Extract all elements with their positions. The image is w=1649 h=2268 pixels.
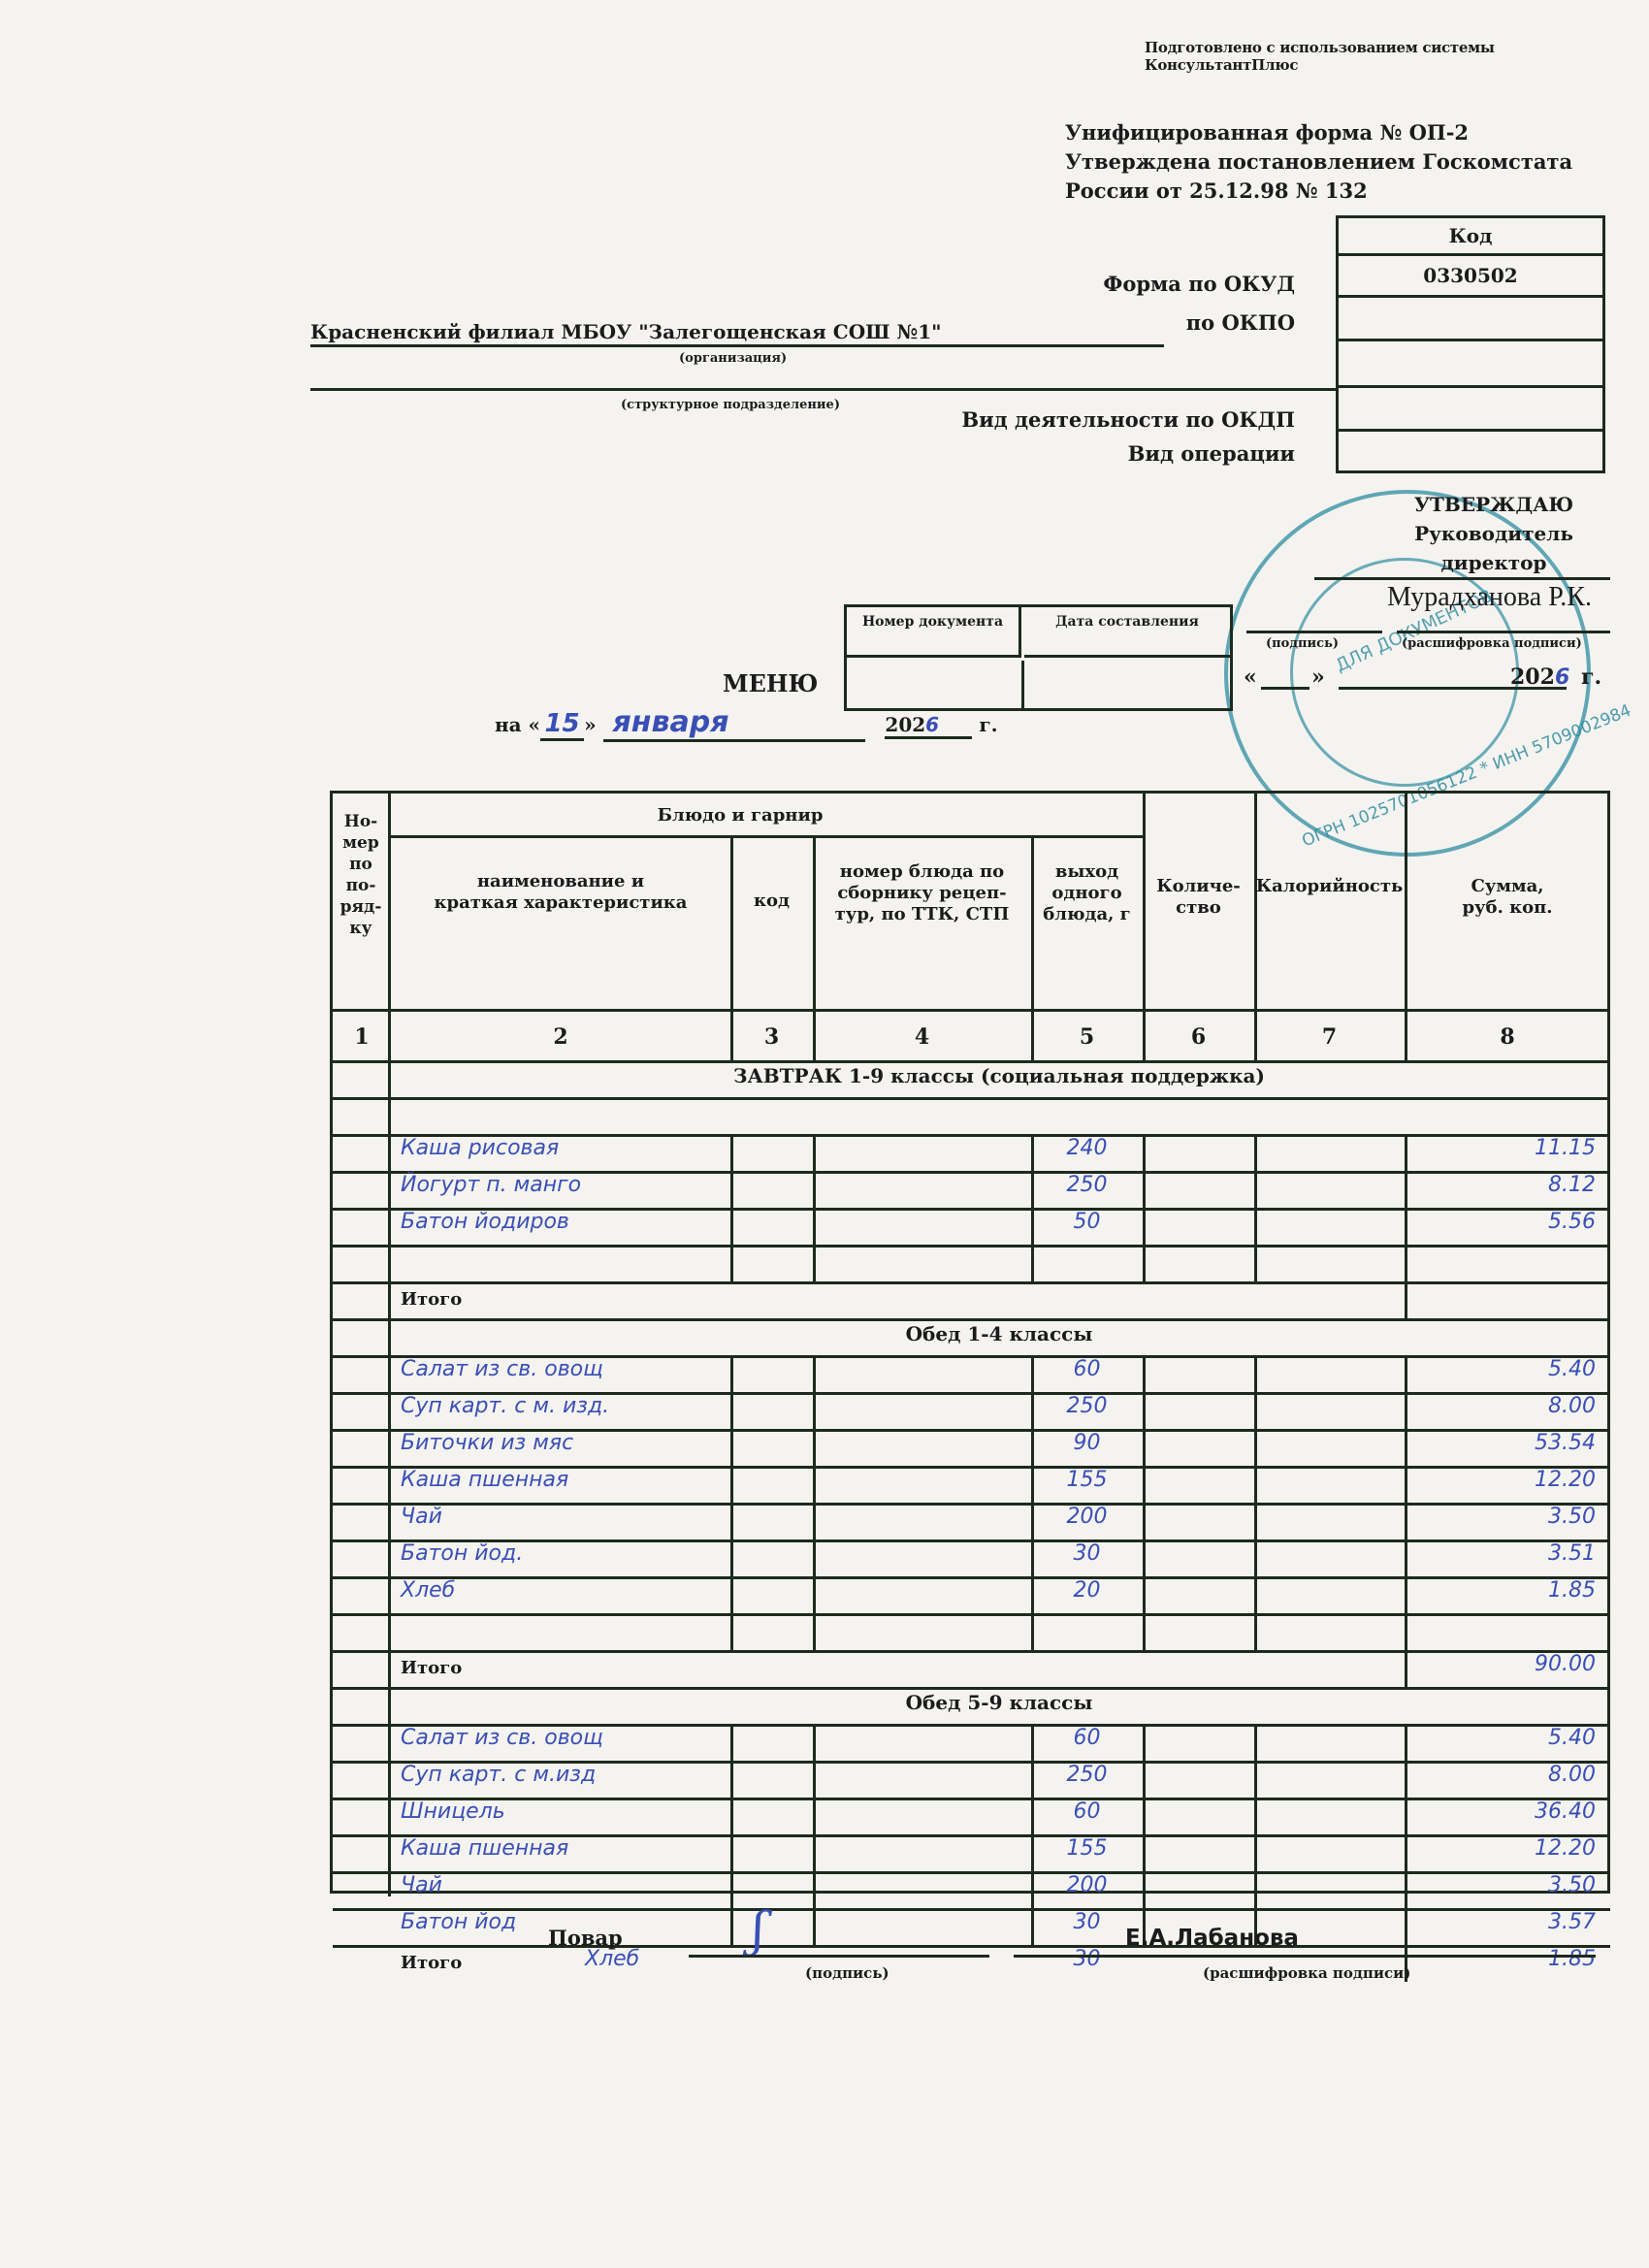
- dish-yield: 60: [1031, 1357, 1143, 1381]
- dish-name: Батон йодиров: [401, 1210, 569, 1234]
- director-name-caption: (расшифровка подписи): [1402, 636, 1582, 651]
- column-divider: [1143, 1245, 1146, 1281]
- column-divider: [1254, 1392, 1257, 1429]
- column-number: 7: [1254, 1026, 1405, 1048]
- column-divider: [1254, 1245, 1257, 1281]
- dish-yield: 240: [1031, 1136, 1143, 1160]
- column-divider: [1143, 1355, 1146, 1392]
- column-divider: [813, 1245, 816, 1281]
- column-divider: [1143, 1724, 1146, 1761]
- cook-name-caption: (расшифровка подписи): [1203, 1964, 1410, 1982]
- consultant-note: Подготовлено с использованием системы Ко…: [1145, 39, 1649, 74]
- column-divider: [813, 1761, 816, 1798]
- col-header-num: Но- мер по по- ряд- ку: [333, 811, 389, 939]
- column-divider: [730, 1245, 733, 1281]
- dish-yield: 20: [1031, 1578, 1143, 1603]
- column-divider: [1143, 1208, 1146, 1245]
- column-divider: [813, 1908, 816, 1945]
- column-divider: [730, 1724, 733, 1761]
- column-divider: [730, 1871, 733, 1908]
- column-divider: [1143, 1871, 1146, 1908]
- document-number-box: Номер документа Дата составления: [844, 604, 1233, 711]
- column-divider: [813, 1834, 816, 1871]
- dish-yield: 50: [1031, 1210, 1143, 1234]
- row-divider: [333, 1687, 1610, 1690]
- dish-sum: 5.40: [1405, 1726, 1596, 1750]
- approval-title: УТВЕРЖДАЮ: [1377, 490, 1610, 519]
- operation-label: Вид операции: [907, 441, 1295, 466]
- column-divider: [1143, 1834, 1146, 1871]
- row-divider: [333, 1009, 1610, 1012]
- column-divider: [730, 1134, 733, 1171]
- dish-yield: 60: [1031, 1726, 1143, 1750]
- okdp-value: [1339, 388, 1602, 432]
- unit-underline: [310, 388, 1339, 391]
- menu-day: 15: [540, 709, 584, 741]
- dish-name: Батон йод.: [401, 1541, 523, 1566]
- column-divider: [1254, 1834, 1257, 1871]
- approval-date-close: »: [1311, 664, 1325, 690]
- column-divider: [1254, 1761, 1257, 1798]
- cook-signature-caption: (подпись): [805, 1964, 889, 1982]
- blank-code-value: [1339, 341, 1602, 388]
- organization-name: Красненский филиал МБОУ "Залегощенская С…: [310, 320, 942, 343]
- organization-caption: (организация): [679, 351, 787, 366]
- column-divider: [1254, 1134, 1257, 1171]
- column-divider: [1405, 1245, 1407, 1281]
- unit-caption: (структурное подразделение): [621, 398, 840, 412]
- column-divider: [730, 1539, 733, 1576]
- col-header-sum: Сумма, руб. коп.: [1405, 876, 1610, 919]
- dish-yield: 30: [1031, 1541, 1143, 1566]
- cook-name-line: [1014, 1955, 1596, 1958]
- position-underline: [1314, 577, 1610, 580]
- row-divider: [391, 835, 1143, 838]
- approval-year-suffix: г.: [1581, 664, 1601, 690]
- okdp-label: Вид деятельности по ОКДП: [907, 407, 1295, 432]
- approval-position: директор: [1377, 548, 1610, 577]
- col-header-dish-group: Блюдо и гарнир: [391, 805, 1089, 826]
- dish-name: Суп карт. с м. изд.: [401, 1394, 609, 1418]
- row-divider: [333, 1281, 1610, 1284]
- column-divider: [730, 1798, 733, 1834]
- director-name: Мурадханова Р.К.: [1387, 582, 1592, 613]
- dish-name: Шницель: [401, 1799, 505, 1824]
- okpo-label: по ОКПО: [907, 310, 1295, 335]
- column-divider: [1031, 1245, 1034, 1281]
- dish-sum: 3.50: [1405, 1505, 1596, 1529]
- dish-sum: 11.15: [1405, 1136, 1596, 1160]
- dish-sum: 3.50: [1405, 1873, 1596, 1897]
- cook-label: Повар: [548, 1926, 623, 1950]
- section-title: Обед 1-4 классы: [391, 1322, 1607, 1345]
- approval-month-line: [1339, 687, 1503, 690]
- section-total: 90.00: [1405, 1652, 1596, 1676]
- column-divider: [1143, 1171, 1146, 1208]
- column-number: 6: [1143, 1026, 1254, 1048]
- column-divider: [730, 1761, 733, 1798]
- column-divider: [813, 1208, 816, 1245]
- column-divider: [1143, 1539, 1146, 1576]
- column-divider: [813, 1171, 816, 1208]
- column-divider: [813, 1724, 816, 1761]
- col-header-calories: Калорийность: [1254, 876, 1405, 897]
- column-divider: [813, 1466, 816, 1503]
- dish-sum: 1.85: [1405, 1578, 1596, 1603]
- dish-name: Каша рисовая: [401, 1136, 559, 1160]
- column-number: 4: [813, 1026, 1031, 1048]
- row-divider: [333, 1318, 1610, 1321]
- dish-sum: 53.54: [1405, 1431, 1596, 1455]
- row-divider: [333, 1097, 1610, 1100]
- form-line: Унифицированная форма № ОП-2: [1065, 118, 1572, 147]
- dish-yield: 200: [1031, 1505, 1143, 1529]
- col-header-code: код: [730, 891, 813, 912]
- dish-yield: 60: [1031, 1799, 1143, 1824]
- dish-yield: 90: [1031, 1431, 1143, 1455]
- section-title: Обед 5-9 классы: [391, 1691, 1607, 1714]
- column-divider: [730, 1171, 733, 1208]
- column-number: 5: [1031, 1026, 1143, 1048]
- column-divider: [813, 1798, 816, 1834]
- dish-name: Хлеб: [585, 1947, 639, 1971]
- column-divider: [1254, 1871, 1257, 1908]
- approval-block: УТВЕРЖДАЮ Руководитель директор: [1377, 490, 1610, 577]
- cook-name: Е.А.Лабанова: [1125, 1926, 1299, 1951]
- column-divider: [1143, 1613, 1146, 1650]
- dish-name: Каша пшенная: [401, 1468, 568, 1492]
- column-number: 8: [1405, 1026, 1610, 1048]
- col-header-yield: выход одного блюда, г: [1031, 861, 1143, 925]
- okud-label: Форма по ОКУД: [907, 272, 1295, 296]
- column-divider: [1254, 1798, 1257, 1834]
- dish-yield: 155: [1031, 1836, 1143, 1861]
- column-divider: [813, 1871, 816, 1908]
- dish-name: Каша пшенная: [401, 1836, 568, 1861]
- col-header-qty: Количе- ство: [1143, 876, 1254, 919]
- dish-sum: 12.20: [1405, 1836, 1596, 1861]
- dish-sum: 5.56: [1405, 1210, 1596, 1234]
- column-divider: [1405, 1613, 1407, 1650]
- menu-date: на «15» января 2026 г.: [495, 705, 998, 742]
- column-divider: [1254, 1466, 1257, 1503]
- column-divider: [730, 1834, 733, 1871]
- dish-sum: 12.20: [1405, 1468, 1596, 1492]
- total-label: Итого: [401, 1953, 462, 1973]
- cook-signature-line: [689, 1955, 989, 1958]
- column-divider: [813, 1613, 816, 1650]
- director-signature-line: [1246, 631, 1382, 633]
- column-divider: [813, 1429, 816, 1466]
- dish-yield: 155: [1031, 1468, 1143, 1492]
- row-divider: [333, 1613, 1610, 1616]
- column-divider: [1143, 1761, 1146, 1798]
- dish-sum: 36.40: [1405, 1799, 1596, 1824]
- dish-name: Чай: [401, 1505, 442, 1529]
- menu-table: Но- мер по по- ряд- ку Блюдо и гарнир на…: [330, 791, 1610, 1894]
- dish-name: Хлеб: [401, 1578, 455, 1603]
- column-divider: [813, 1392, 816, 1429]
- approval-date-open: «: [1244, 664, 1257, 690]
- dish-name: Биточки из мяс: [401, 1431, 573, 1455]
- director-signature-caption: (подпись): [1266, 636, 1339, 651]
- dish-name: Суп карт. с м.изд: [401, 1763, 596, 1787]
- section-title: ЗАВТРАК 1-9 классы (социальная поддержка…: [391, 1064, 1607, 1087]
- column-number: 3: [730, 1026, 813, 1048]
- column-divider: [1254, 1355, 1257, 1392]
- column-divider: [1254, 1429, 1257, 1466]
- code-header: Код: [1339, 218, 1602, 256]
- okpo-value: [1339, 298, 1602, 341]
- column-divider: [813, 1576, 816, 1613]
- column-divider: [730, 1466, 733, 1503]
- dish-sum: 1.85: [1405, 1947, 1596, 1971]
- column-divider: [1143, 1134, 1146, 1171]
- column-divider: [730, 1576, 733, 1613]
- form-line: Утверждена постановлением Госкомстата: [1065, 147, 1572, 177]
- dish-name: Салат из св. овощ: [401, 1357, 603, 1381]
- cook-signature: ʃ: [752, 1901, 765, 1958]
- column-divider: [1143, 794, 1146, 1060]
- form-line: России от 25.12.98 № 132: [1065, 177, 1572, 206]
- form-header: Унифицированная форма № ОП-2 Утверждена …: [1065, 118, 1572, 206]
- dish-sum: 5.40: [1405, 1357, 1596, 1381]
- column-divider: [813, 1503, 816, 1539]
- column-divider: [730, 1429, 733, 1466]
- column-divider: [813, 1539, 816, 1576]
- column-divider: [1254, 1503, 1257, 1539]
- dish-sum: 8.00: [1405, 1763, 1596, 1787]
- dish-sum: 8.00: [1405, 1394, 1596, 1418]
- column-divider: [1143, 1429, 1146, 1466]
- doc-number-value: [847, 661, 1024, 708]
- org-underline: [310, 344, 1164, 347]
- column-divider: [730, 1355, 733, 1392]
- column-divider: [813, 1355, 816, 1392]
- column-divider: [1254, 794, 1257, 1060]
- col-header-recipe: номер блюда по сборнику рецеп- тур, по Т…: [813, 861, 1031, 925]
- col-header-name: наименование и краткая характеристика: [391, 871, 730, 914]
- column-divider: [1143, 1576, 1146, 1613]
- dish-name: Йогурт п. манго: [401, 1173, 581, 1197]
- dish-name: Салат из св. овощ: [401, 1726, 603, 1750]
- column-divider: [1405, 794, 1407, 1060]
- doc-date-value: [1024, 661, 1230, 708]
- dish-yield: 250: [1031, 1394, 1143, 1418]
- approval-year-line: [1499, 687, 1567, 690]
- total-label: Итого: [401, 1658, 462, 1678]
- approval-role: Руководитель: [1377, 519, 1610, 548]
- column-divider: [1143, 1392, 1146, 1429]
- column-divider: [1254, 1539, 1257, 1576]
- row-divider: [333, 1060, 1610, 1063]
- column-divider: [1405, 1281, 1407, 1318]
- column-number: 2: [391, 1026, 730, 1048]
- doc-date-header: Дата составления: [1024, 607, 1230, 658]
- column-divider: [1031, 1613, 1034, 1650]
- dish-sum: 8.12: [1405, 1173, 1596, 1197]
- row-divider: [333, 1245, 1610, 1247]
- total-label: Итого: [401, 1289, 462, 1310]
- dish-yield: 250: [1031, 1173, 1143, 1197]
- dish-yield: 250: [1031, 1763, 1143, 1787]
- column-divider: [1254, 1171, 1257, 1208]
- approval-day-line: [1261, 687, 1309, 690]
- column-divider: [730, 1208, 733, 1245]
- dish-yield: 200: [1031, 1873, 1143, 1897]
- menu-month: января: [603, 705, 865, 742]
- column-divider: [1254, 1724, 1257, 1761]
- director-name-line: [1397, 631, 1610, 633]
- code-box: Код 0330502: [1336, 215, 1605, 473]
- doc-number-header: Номер документа: [847, 607, 1021, 658]
- column-divider: [730, 1613, 733, 1650]
- menu-title: МЕНЮ: [723, 669, 818, 697]
- column-divider: [730, 1908, 733, 1945]
- menu-year: 2026: [885, 713, 972, 739]
- column-divider: [730, 1392, 733, 1429]
- dish-sum: 3.57: [1405, 1910, 1596, 1934]
- column-divider: [1143, 1798, 1146, 1834]
- dish-sum: 3.51: [1405, 1541, 1596, 1566]
- column-divider: [813, 1134, 816, 1171]
- column-divider: [1143, 1466, 1146, 1503]
- column-divider: [1254, 1208, 1257, 1245]
- column-divider: [730, 1503, 733, 1539]
- column-divider: [1254, 1576, 1257, 1613]
- dish-name: Батон йод: [401, 1910, 516, 1934]
- column-divider: [1254, 1613, 1257, 1650]
- column-divider: [1143, 1503, 1146, 1539]
- column-number: 1: [333, 1026, 391, 1048]
- dish-name: Чай: [401, 1873, 442, 1897]
- okud-value: 0330502: [1339, 256, 1602, 298]
